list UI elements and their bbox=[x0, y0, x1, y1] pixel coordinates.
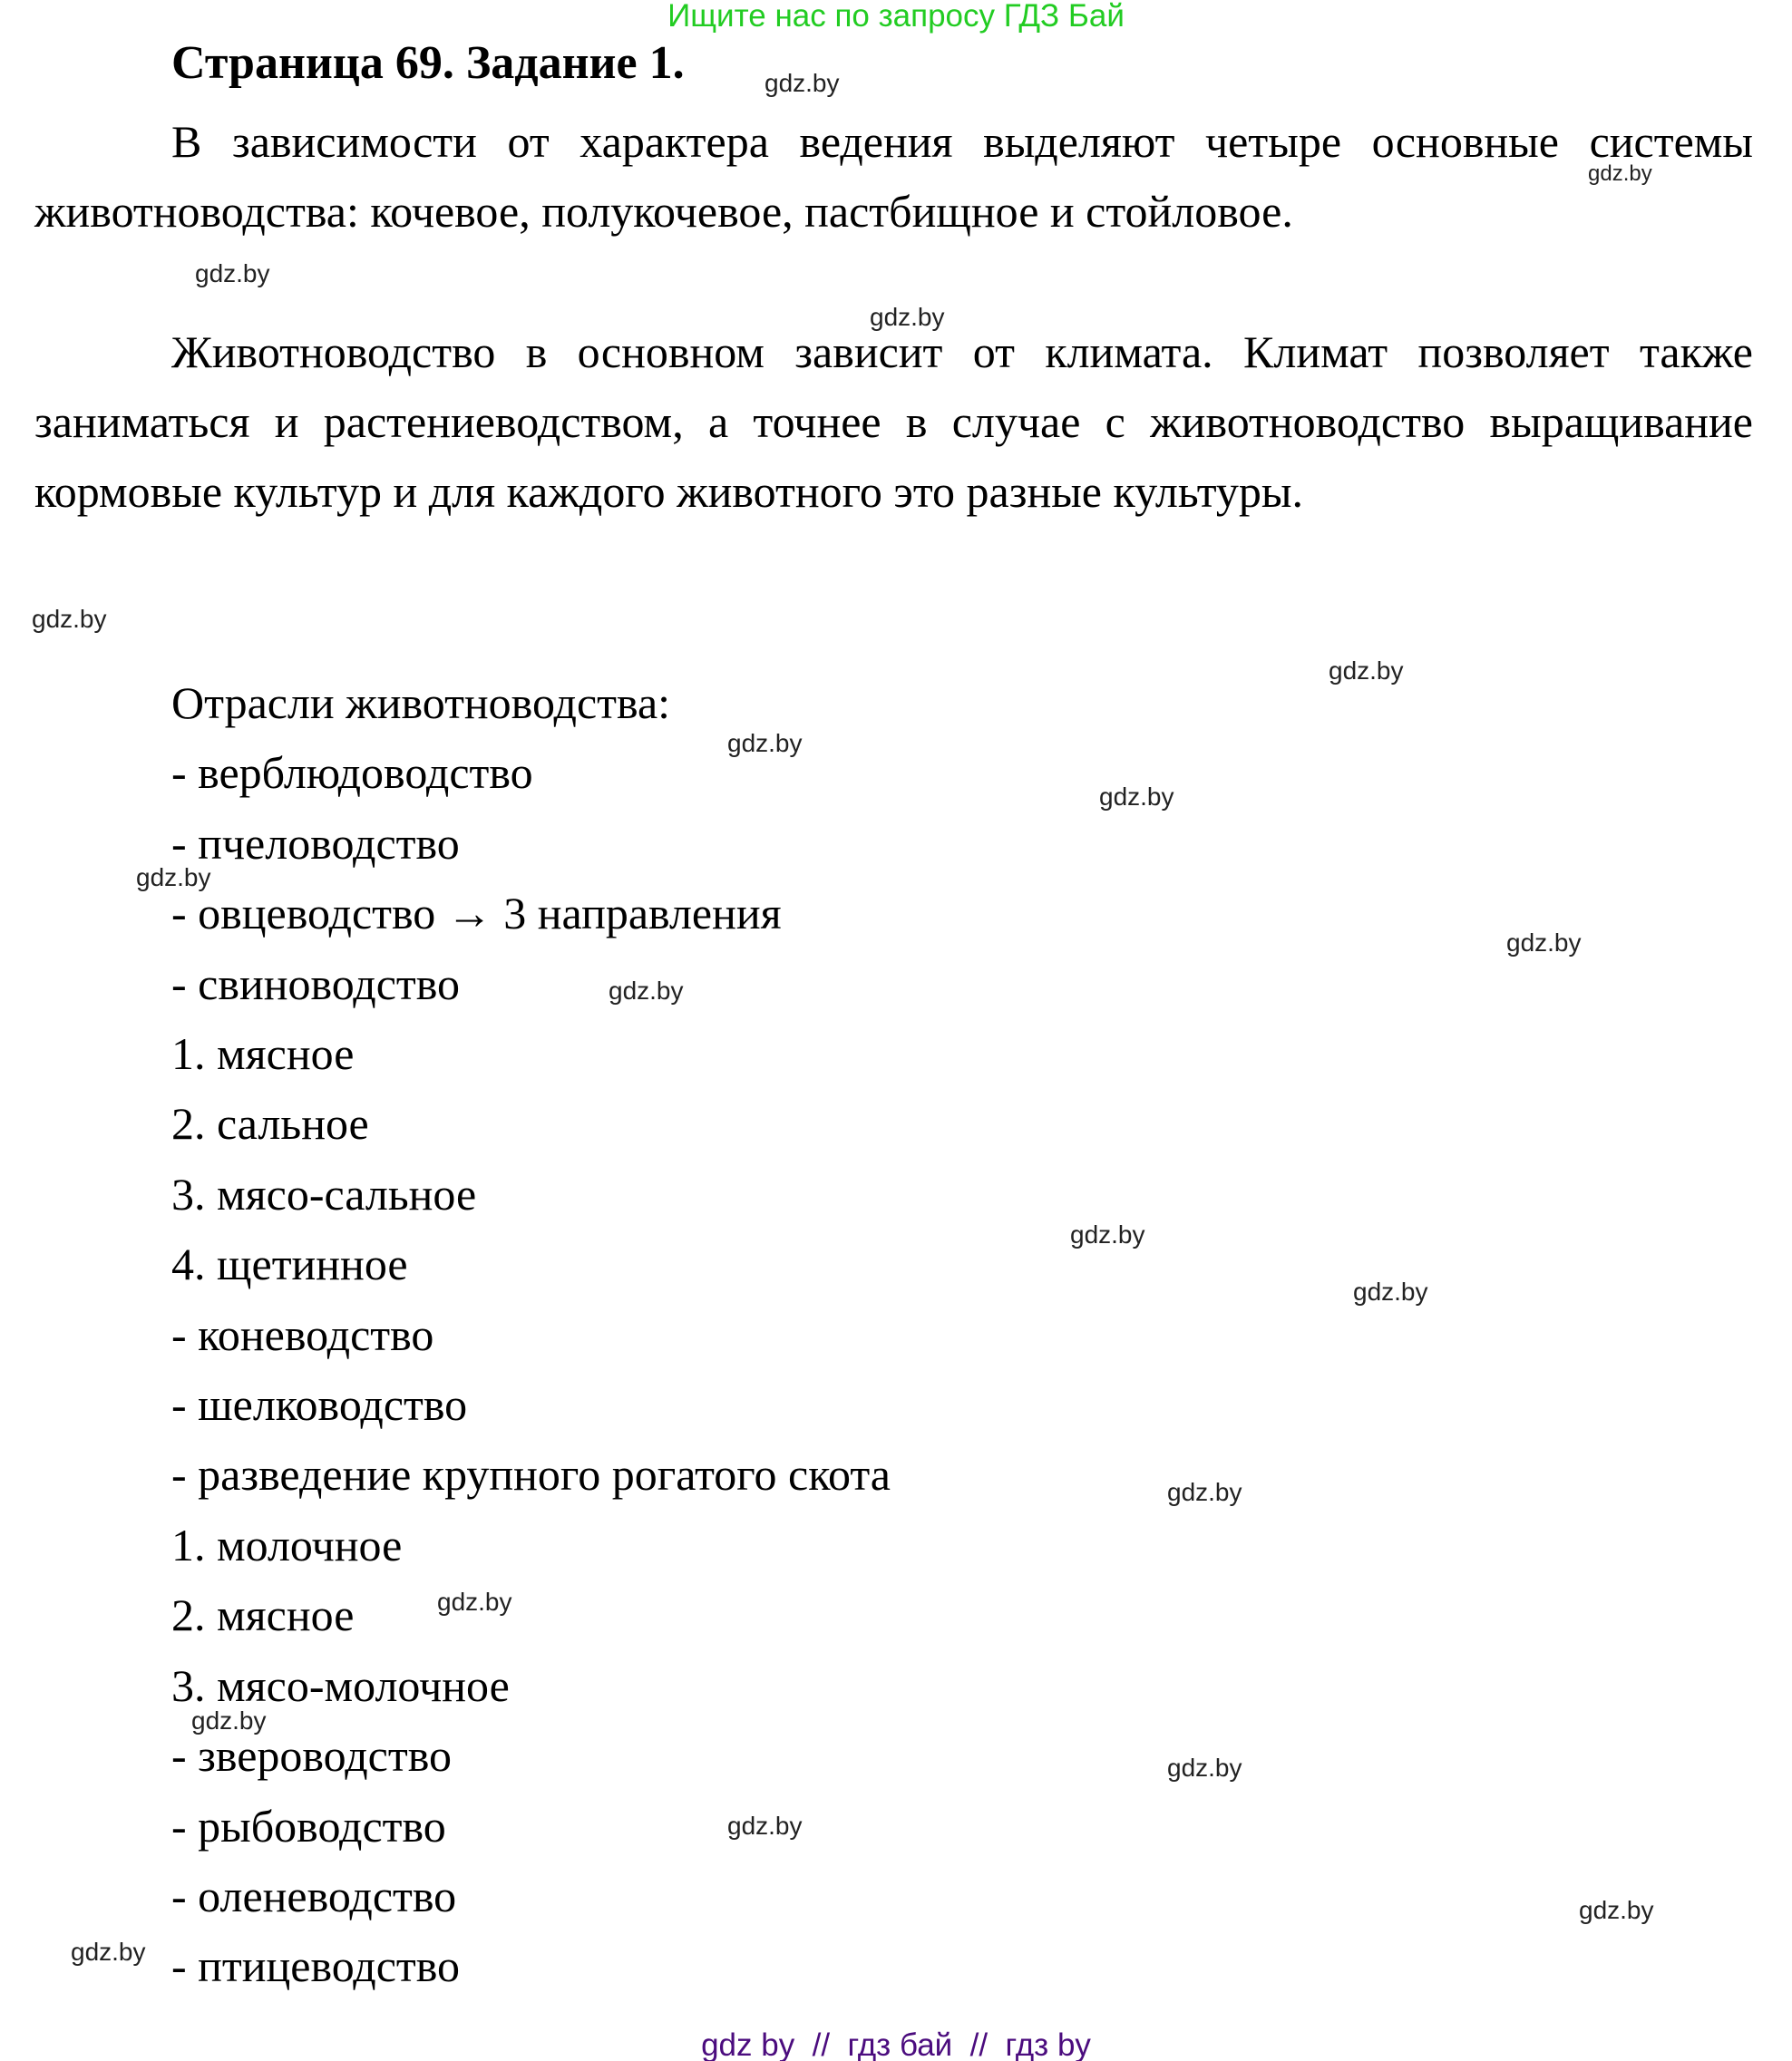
list-heading: Отрасли животноводства: bbox=[171, 668, 891, 738]
list-item: - коневодство bbox=[171, 1300, 891, 1370]
list-item: 2. сальное bbox=[171, 1089, 891, 1159]
branches-list: Отрасли животноводства: - верблюдоводств… bbox=[171, 668, 891, 2002]
watermark: gdz.by bbox=[1329, 658, 1404, 684]
paragraph-climate: Животноводство в основном зависит от кли… bbox=[34, 317, 1753, 527]
list-item: - шелководство bbox=[171, 1370, 891, 1440]
watermark: gdz.by bbox=[1099, 784, 1174, 810]
watermark: gdz.by bbox=[191, 1708, 267, 1734]
search-banner[interactable]: Ищите нас по запросу ГДЗ Бай bbox=[0, 0, 1792, 33]
watermark: gdz.by bbox=[727, 1813, 803, 1839]
footer-links[interactable]: gdz by // гдз бай // гдз by bbox=[0, 2027, 1792, 2061]
watermark: gdz.by bbox=[727, 731, 803, 756]
list-item: - разведение крупного рогатого скота bbox=[171, 1440, 891, 1510]
watermark: gdz.by bbox=[1588, 161, 1652, 187]
paragraph-systems: В зависимости от характера ведения выдел… bbox=[34, 107, 1753, 247]
watermark: gdz.by bbox=[1579, 1898, 1654, 1923]
list-item: - звероводство bbox=[171, 1721, 891, 1791]
list-item: - оленеводство bbox=[171, 1862, 891, 1931]
list-item: - овцеводство → 3 направления bbox=[171, 879, 891, 948]
page-title: Страница 69. Задание 1. bbox=[171, 36, 685, 91]
watermark: gdz.by bbox=[1353, 1279, 1428, 1305]
list-item: - пчеловодство bbox=[171, 809, 891, 879]
list-item: - свиноводство bbox=[171, 949, 891, 1019]
list-item: - птицеводство bbox=[171, 1931, 891, 2001]
watermark: gdz.by bbox=[195, 261, 270, 287]
watermark: gdz.by bbox=[1167, 1755, 1242, 1781]
watermark: gdz.by bbox=[1167, 1480, 1242, 1505]
watermark: gdz.by bbox=[437, 1589, 512, 1615]
watermark: gdz.by bbox=[71, 1939, 146, 1965]
watermark: gdz.by bbox=[1070, 1222, 1145, 1248]
watermark: gdz.by bbox=[870, 305, 945, 330]
list-item: 2. мясное bbox=[171, 1580, 891, 1650]
watermark: gdz.by bbox=[136, 865, 211, 890]
watermark: gdz.by bbox=[1506, 930, 1582, 956]
list-item: 1. мясное bbox=[171, 1019, 891, 1089]
watermark: gdz.by bbox=[765, 71, 840, 96]
list-item: 4. щетинное bbox=[171, 1230, 891, 1299]
list-item: 3. мясо-молочное bbox=[171, 1651, 891, 1721]
list-item: 3. мясо-сальное bbox=[171, 1160, 891, 1230]
watermark: gdz.by bbox=[609, 978, 684, 1004]
list-item: 1. молочное bbox=[171, 1511, 891, 1580]
watermark: gdz.by bbox=[32, 607, 107, 632]
